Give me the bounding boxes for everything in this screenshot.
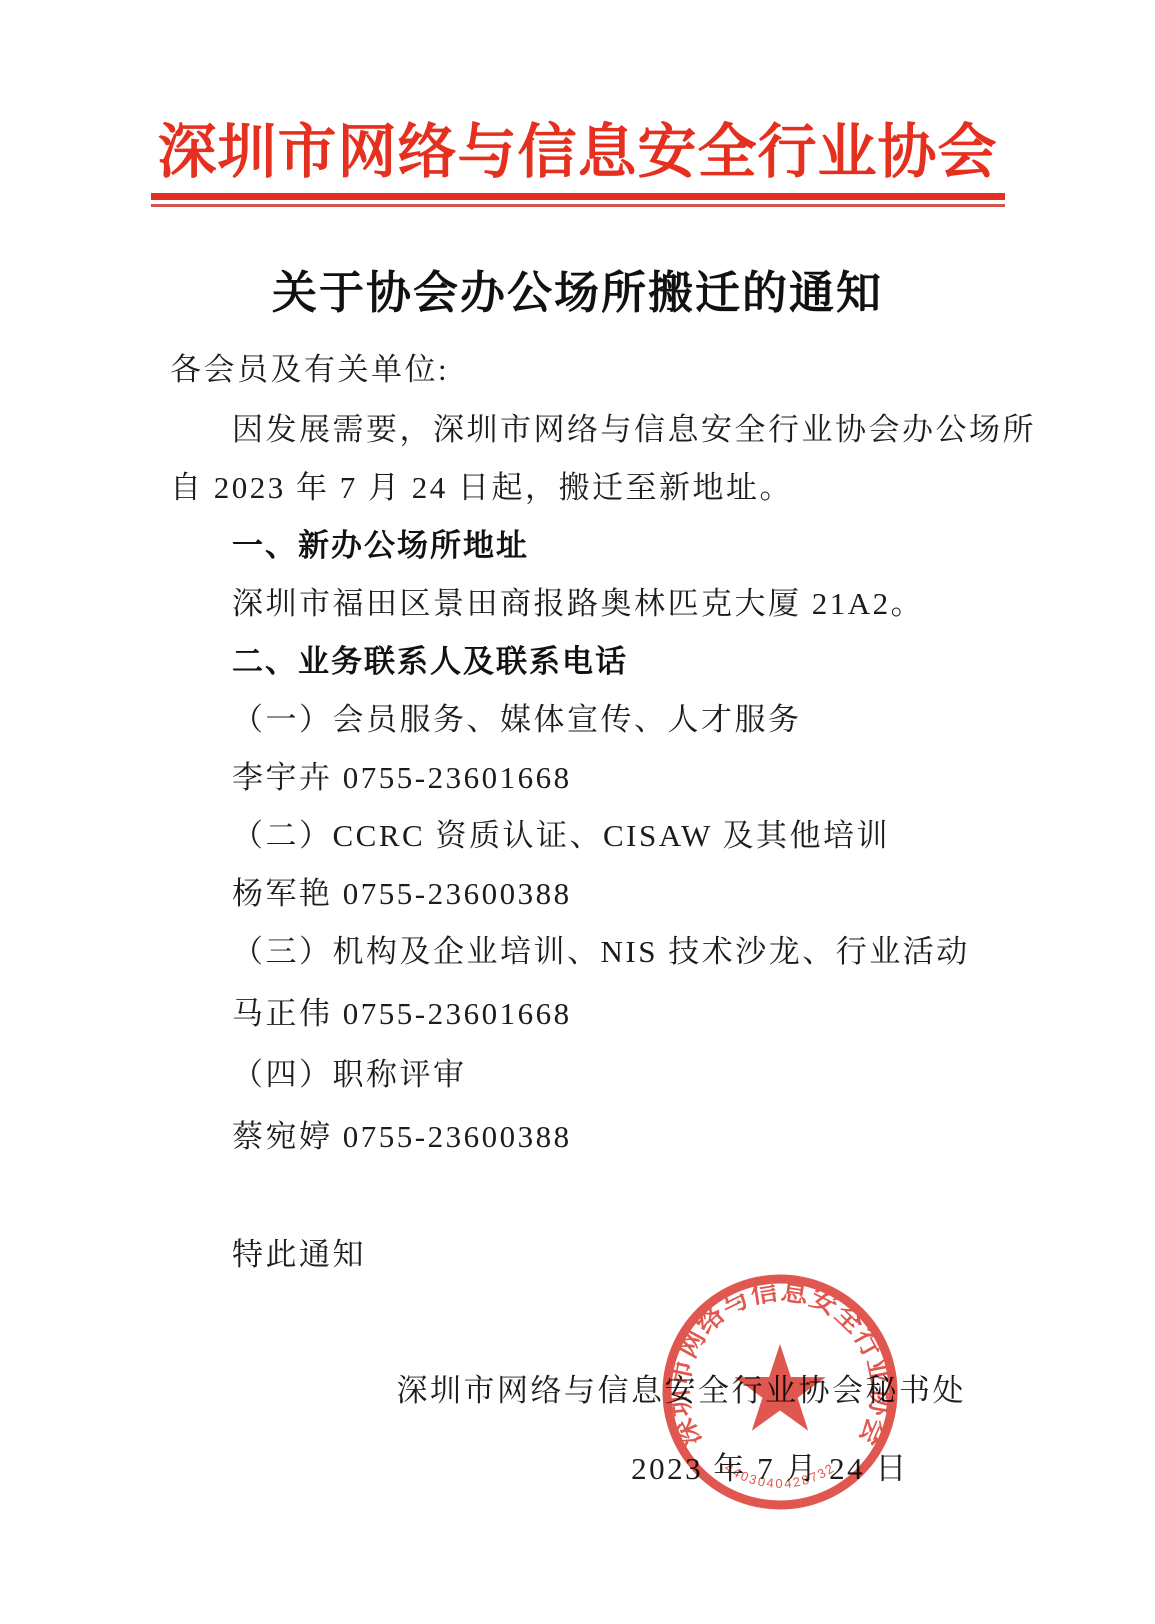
paragraph-line-1: 因发展需要，深圳市网络与信息安全行业协会办公场所 — [170, 401, 1036, 459]
official-seal: 深圳市网络与信息安全行业协会 4403040428732 — [660, 1272, 900, 1512]
service-item-3-contact: 马正伟 0755-23601668 — [170, 985, 572, 1043]
service-item-1-contact: 李宇卉 0755-23601668 — [170, 749, 572, 807]
section-1-heading: 一、新办公场所地址 — [170, 517, 529, 575]
letterhead-org-name: 深圳市网络与信息安全行业协会 — [0, 104, 1155, 189]
new-address: 深圳市福田区景田商报路奥林匹克大厦 21A2。 — [170, 575, 924, 633]
service-item-4-contact: 蔡宛婷 0755-23600388 — [170, 1108, 572, 1166]
letterhead-rule-thin — [151, 204, 1005, 207]
seal-number-holder: 4403040428732 — [722, 1460, 838, 1491]
service-item-2-contact: 杨军艳 0755-23600388 — [170, 865, 572, 923]
letterhead-rule-thick — [151, 193, 1005, 200]
section-2-heading: 二、业务联系人及联系电话 — [170, 633, 628, 691]
document-title: 关于协会办公场所搬迁的通知 — [0, 256, 1155, 321]
closing-statement: 特此通知 — [170, 1226, 366, 1284]
service-item-2-label: （二）CCRC 资质认证、CISAW 及其他培训 — [170, 807, 890, 865]
seal-number: 4403040428732 — [722, 1460, 838, 1491]
service-item-1-label: （一）会员服务、媒体宣传、人才服务 — [170, 691, 802, 749]
seal-star-icon — [734, 1344, 825, 1431]
service-item-4-label: （四）职称评审 — [170, 1046, 467, 1104]
paragraph-line-2: 自 2023 年 7 月 24 日起，搬迁至新地址。 — [170, 459, 793, 517]
salutation: 各会员及有关单位: — [170, 341, 449, 399]
notice-document-page: 深圳市网络与信息安全行业协会 关于协会办公场所搬迁的通知 各会员及有关单位: 因… — [0, 0, 1155, 1624]
service-item-3-label: （三）机构及企业培训、NIS 技术沙龙、行业活动 — [170, 923, 970, 981]
